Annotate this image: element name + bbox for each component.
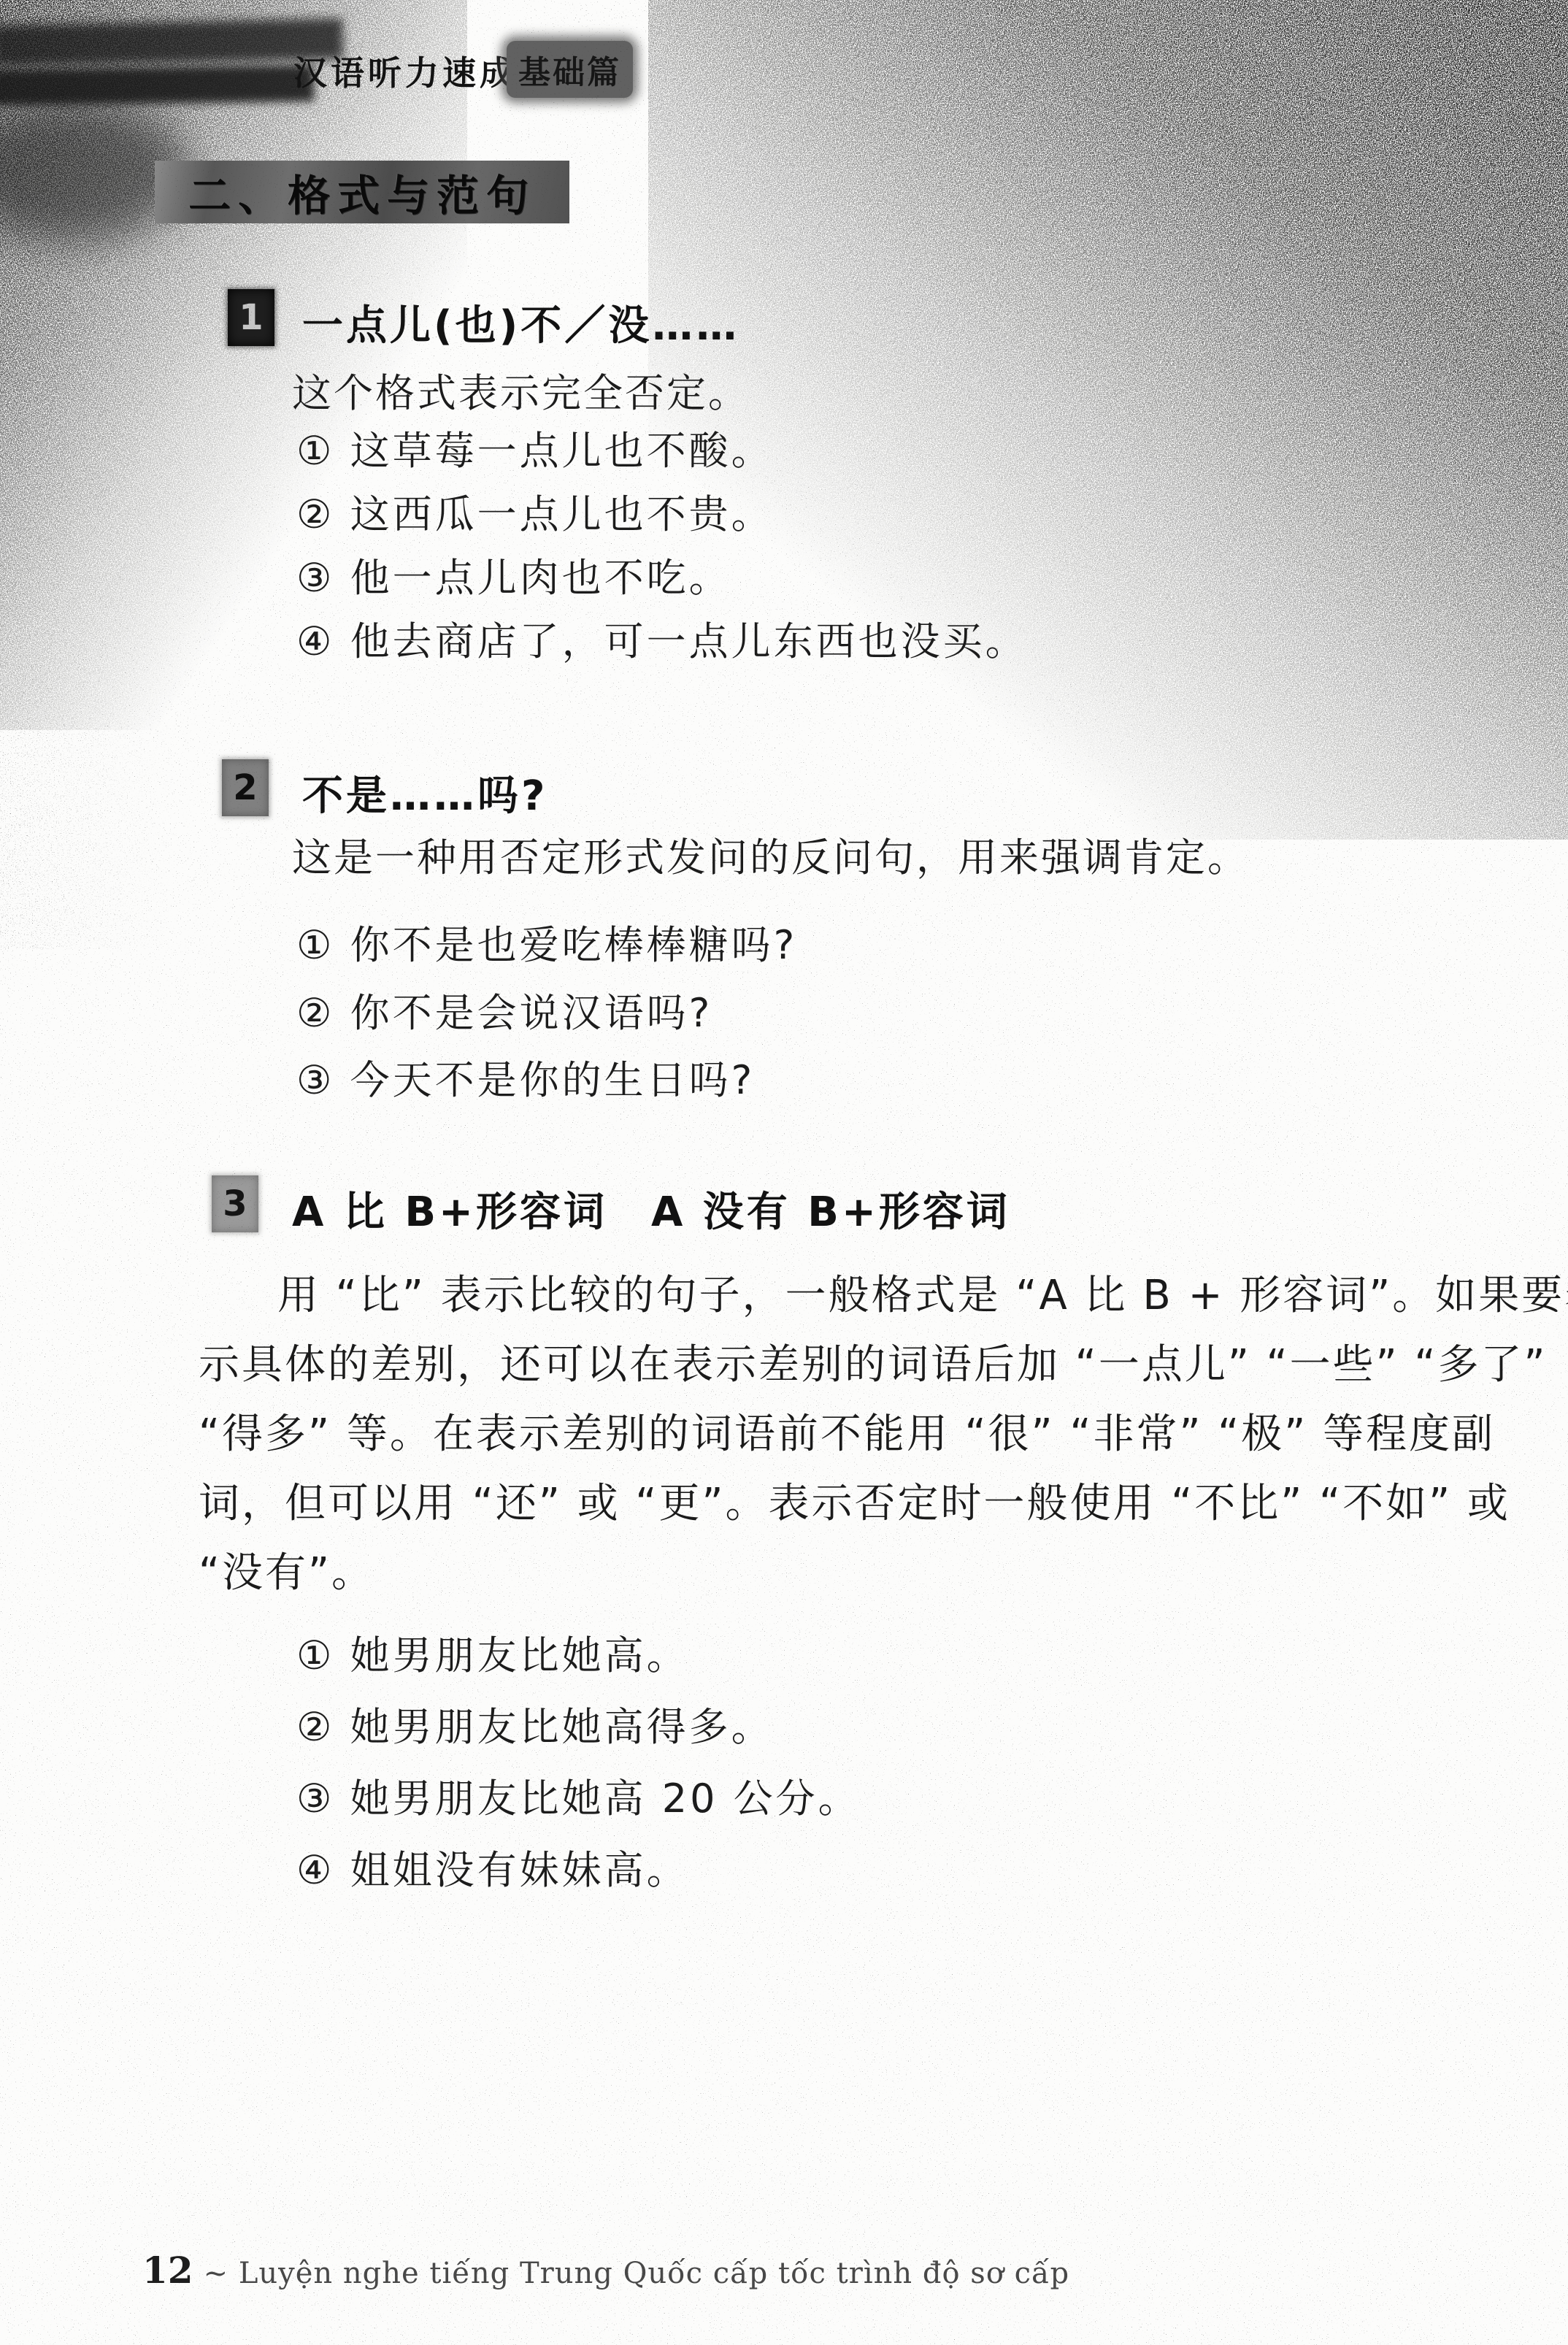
item-1-explanation: 这个格式表示完全否定。 [292, 362, 750, 418]
item-1-title: 一点儿(也)不／没…… [302, 293, 739, 352]
page-footer: 12~ Luyện nghe tiếng Trung Quốc cấp tốc … [142, 2249, 1069, 2292]
page-content: 汉语听力速成 基础篇 二、格式与范句 1 一点儿(也)不／没…… 这个格式表示完… [0, 0, 1568, 2345]
footer-title: ~ Luyện nghe tiếng Trung Quốc cấp tốc tr… [204, 2257, 1070, 2290]
scanned-textbook-page: 汉语听力速成 基础篇 二、格式与范句 1 一点儿(也)不／没…… 这个格式表示完… [0, 0, 1568, 2345]
example-sentence: ② 她男朋友比她高得多。 [296, 1696, 774, 1752]
page-number: 12 [142, 2249, 193, 2292]
volume-badge: 基础篇 [507, 41, 633, 98]
example-sentence: ② 你不是会说汉语吗? [296, 982, 712, 1038]
example-sentence: ③ 今天不是你的生日吗? [296, 1049, 755, 1105]
example-sentence: ③ 他一点儿肉也不吃。 [296, 547, 731, 603]
item-number-badge-3: 3 [212, 1175, 258, 1232]
book-series-title: 汉语听力速成 [293, 47, 517, 95]
item-number-badge-1: 1 [228, 289, 274, 346]
item-number-badge-2: 2 [222, 759, 269, 816]
paragraph-line: 词，但可以用 “还” 或 “更”。表示否定时一般使用 “不比” “不如” 或 [199, 1471, 1510, 1530]
example-sentence: ① 她男朋友比她高。 [296, 1624, 689, 1681]
example-sentence: ① 你不是也爱吃棒棒糖吗? [296, 914, 797, 970]
example-sentence: ④ 他去商店了，可一点儿东西也没买。 [296, 610, 1028, 667]
example-sentence: ① 这草莓一点儿也不酸。 [296, 420, 774, 476]
item-2-title: 不是……吗? [302, 764, 547, 822]
paragraph-line: 示具体的差别，还可以在表示差别的词语后加 “一点儿” “一些” “多了” [199, 1332, 1547, 1391]
item-3-title: A 比 B+形容词 A 没有 B+形容词 [292, 1180, 1010, 1238]
paragraph-line: “没有”。 [199, 1540, 374, 1599]
example-sentence: ④ 姐姐没有妹妹高。 [296, 1839, 689, 1895]
paragraph-line: 用 “比” 表示比较的句子，一般格式是 “A 比 B + 形容词”。如果要表 [277, 1263, 1568, 1321]
example-sentence: ② 这西瓜一点儿也不贵。 [296, 483, 774, 540]
section-banner-title: 二、格式与范句 [155, 161, 569, 223]
example-sentence: ③ 她男朋友比她高 20 公分。 [296, 1768, 861, 1824]
item-2-explanation: 这是一种用否定形式发问的反问句，用来强调肯定。 [292, 826, 1249, 883]
paragraph-line: “得多” 等。在表示差别的词语前不能用 “很” “非常” “极” 等程度副 [199, 1402, 1495, 1460]
